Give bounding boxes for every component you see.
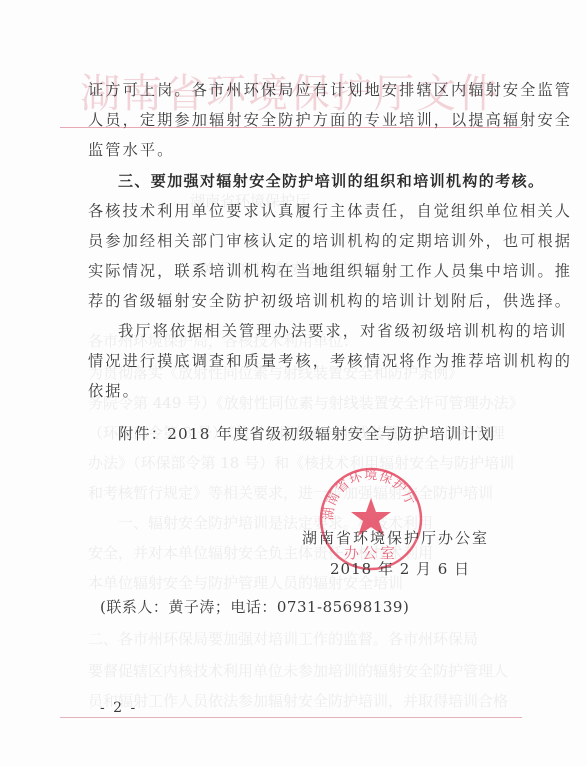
document-page: 湖南省环境保护厅文件 湖南省环境保护厅 关于加强辐射安全防护培训 各市州环境保护… xyxy=(0,0,587,766)
issuer-name: 湖南省环境保护厅办公室 xyxy=(302,527,489,548)
section-heading: 三、要加强对辐射安全防护培训的组织和培训机构的考核。 xyxy=(118,171,548,191)
body-line: 各核技术利用单位要求认真履行主体责任，自觉组织单位相关人 xyxy=(88,201,518,221)
bleed-through-text: 和考核暂行规定》等相关要求，进一步加强辐射安全防护培训 xyxy=(88,482,493,503)
bleed-through-text: 员和辐射工作人员依法参加辐射安全防护培训，并取得培训合格 xyxy=(88,690,508,711)
bleed-through-text: 办法》（环保部令第 18 号）和《核技术利用辐射安全与防护培训 xyxy=(88,452,514,473)
page-number: - 2 - xyxy=(100,700,137,716)
footer-red-rule xyxy=(60,717,522,718)
body-line: 情况进行摸底调查和质量考核，考核情况将作为推荐培训机构的 xyxy=(88,351,518,371)
bleed-through-text: 要督促辖区内核技术利用单位未参加培训的辐射安全防护管理人 xyxy=(88,660,508,681)
body-line: 证方可上岗。各市州环保局应有计划地安排辖区内辐射安全监管 xyxy=(88,80,518,100)
official-seal-icon: 湖南省环境保护厅 办公室 xyxy=(318,466,424,572)
issue-date: 2018 年 2 月 6 日 xyxy=(330,558,470,579)
body-line: 实际情况，联系培训机构在当地组织辐射工作人员集中培训。推 xyxy=(88,261,518,281)
body-line: 人员，定期参加辐射安全防护方面的专业培训，以提高辐射安全 xyxy=(88,110,518,130)
body-line: 依据。 xyxy=(88,381,518,401)
contact-info: (联系人：黄子涛；电话：0731-85698139) xyxy=(100,596,409,617)
body-line: 我厅将依据相关管理办法要求，对省级初级培训机构的培训 xyxy=(118,321,548,341)
body-line: 荐的省级辐射安全防护初级培训机构的培训计划附后，供选择。 xyxy=(88,291,518,311)
body-line: 监管水平。 xyxy=(88,140,518,160)
attachment-line: 附件：2018 年度省级初级辐射安全与防护培训计划 xyxy=(118,424,548,444)
body-line: 员参加经相关部门审核认定的培训机构的定期培训外，也可根据 xyxy=(88,231,518,251)
bleed-through-text: 二、各市州环保局要加强对培训工作的监督。各市州环保局 xyxy=(88,628,478,649)
